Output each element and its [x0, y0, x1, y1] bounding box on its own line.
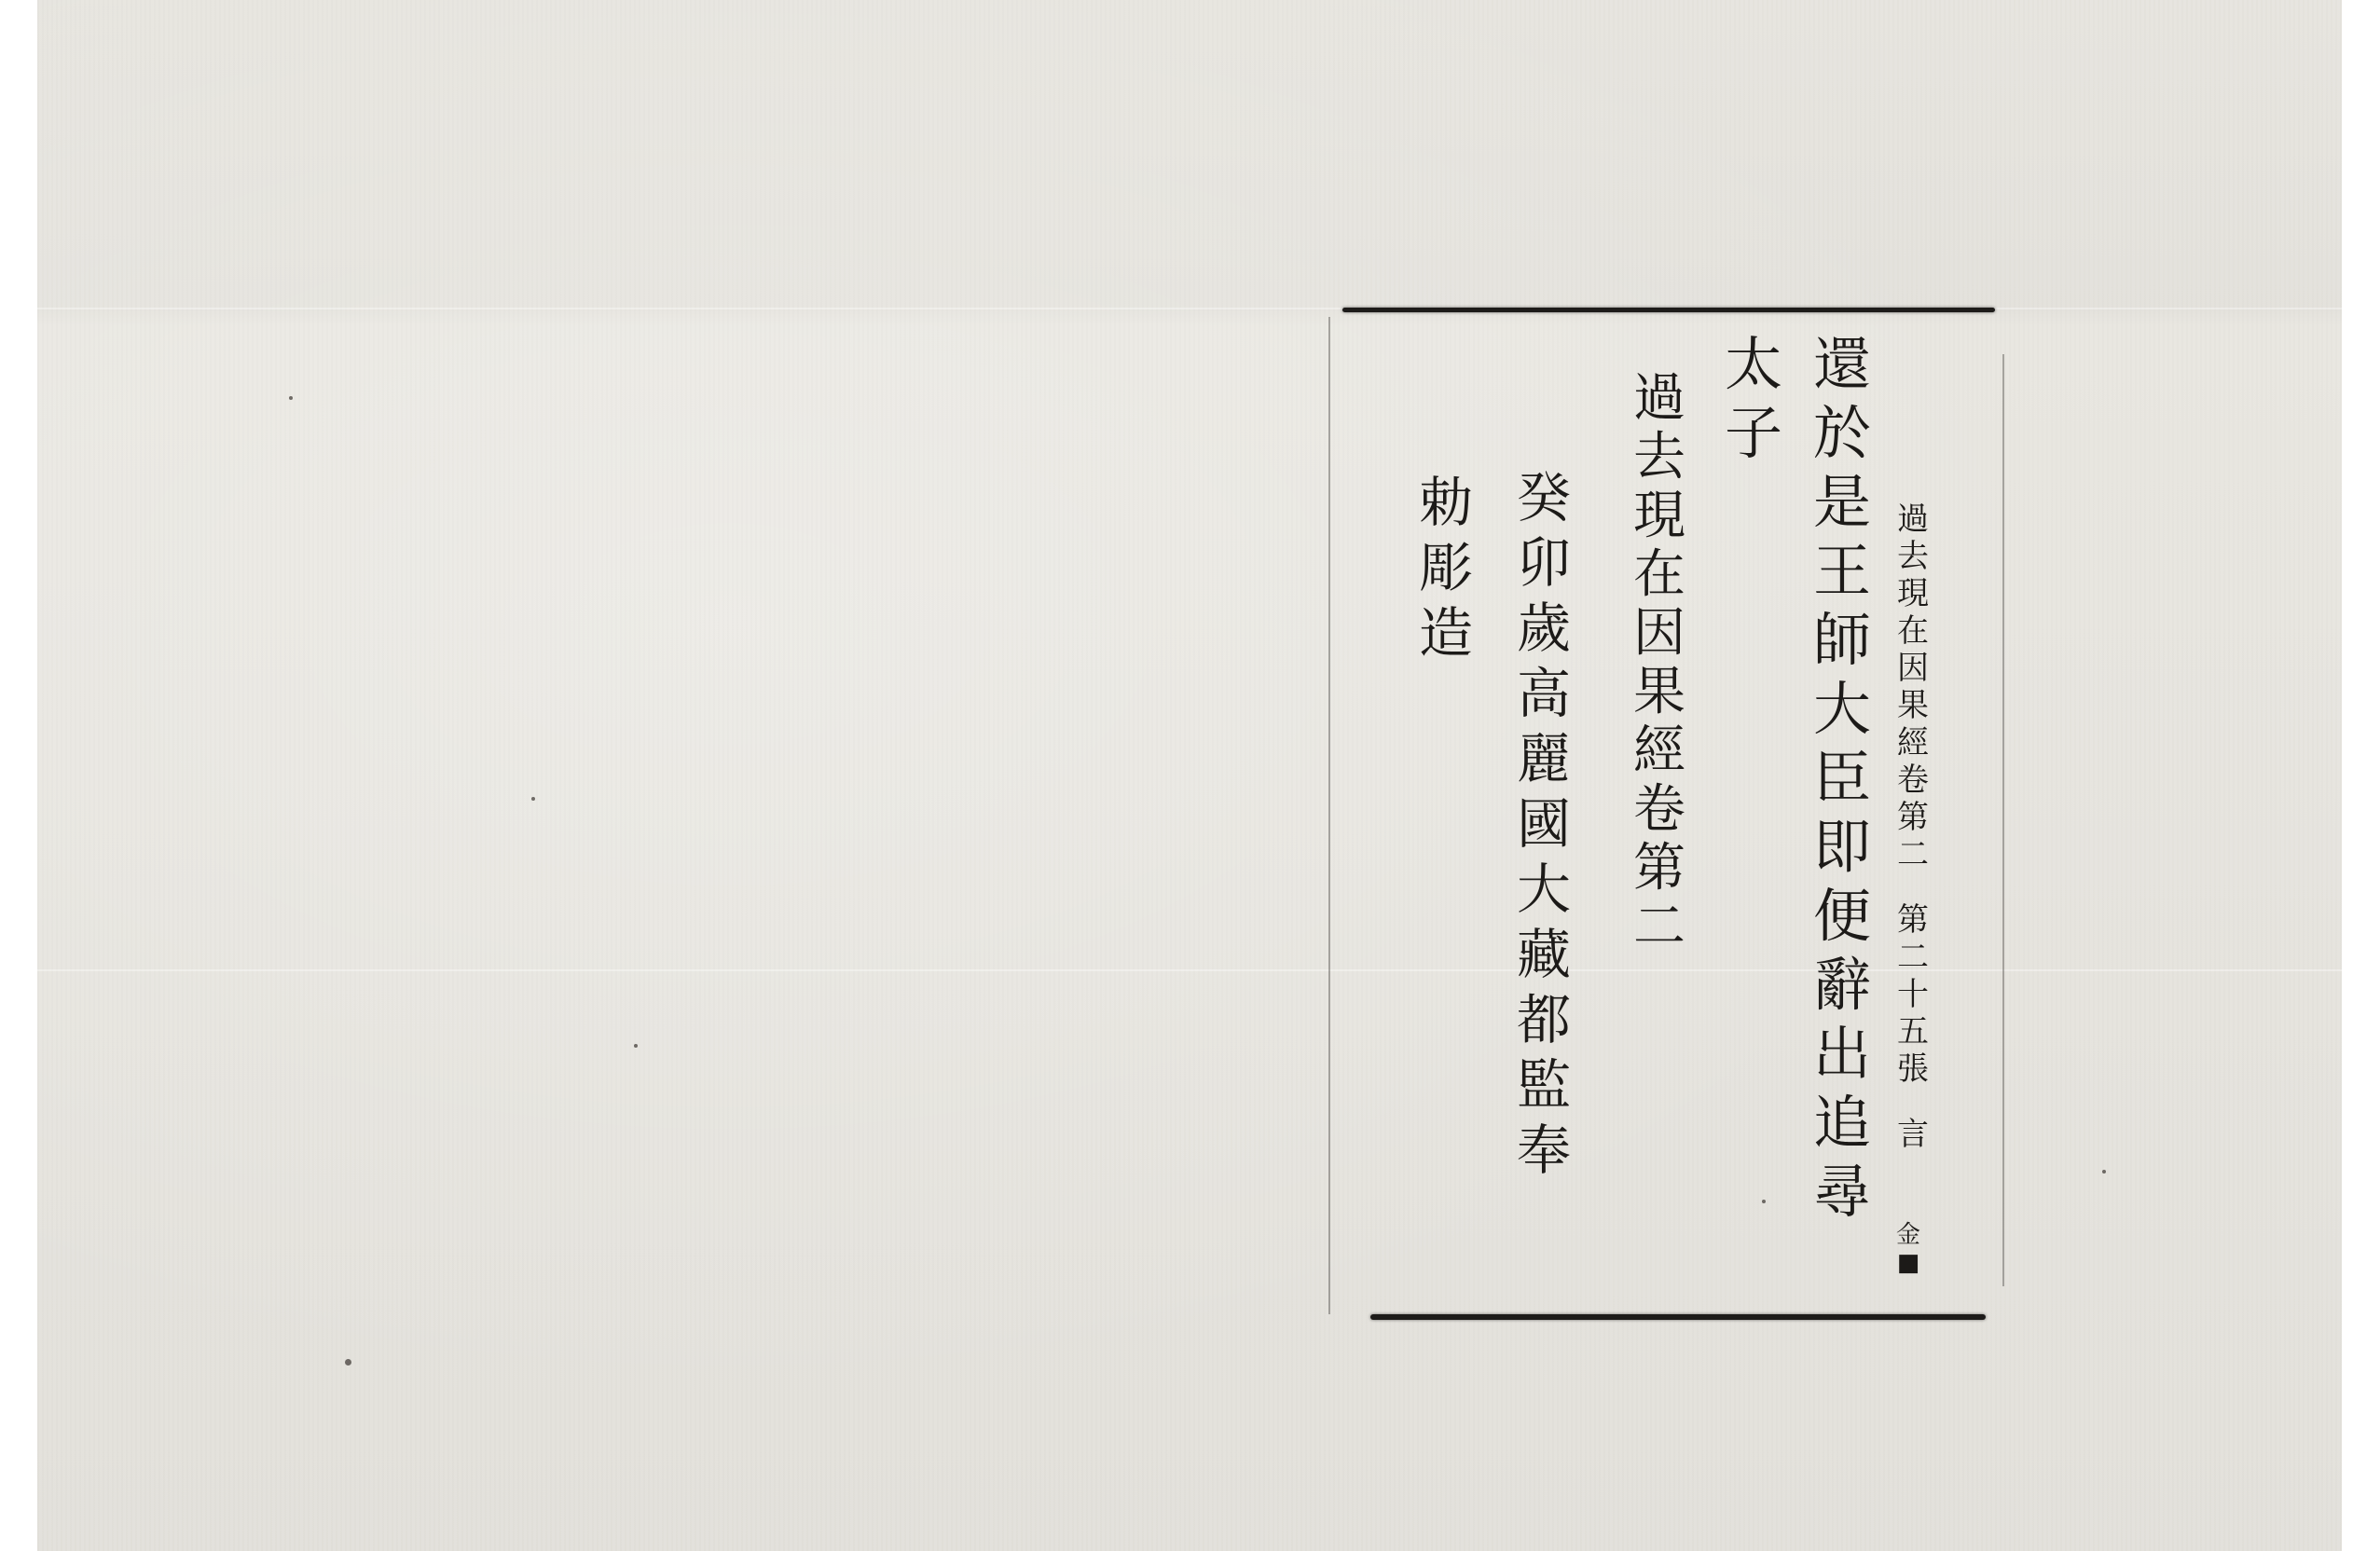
colophon-column-1: 癸 卯 歲 高 麗 國 大 藏 都 監 奉 [1510, 471, 1577, 1188]
glyph: 五 [1897, 1016, 1929, 1053]
glyph: 十 [1897, 979, 1929, 1016]
glyph: 尋 [1813, 1163, 1871, 1232]
paper-page [37, 0, 2342, 1551]
glyph: 辭 [1813, 956, 1871, 1025]
margin-note-column: 過 去 現 在 因 果 經 卷 第 二 第 二 十 五 張 言 [1892, 503, 1933, 1156]
glyph: 二 [1897, 941, 1929, 979]
text-column-2: 太 子 [1720, 336, 1787, 474]
frame-top-border [1342, 308, 1995, 312]
frame-bottom-border [1370, 1314, 1986, 1320]
glyph: 都 [1517, 993, 1571, 1058]
glyph: 在 [1897, 615, 1929, 652]
glyph: 國 [1517, 797, 1571, 862]
glyph: 追 [1813, 1094, 1871, 1163]
glyph: 金 [1896, 1221, 1920, 1249]
glyph: 大 [1517, 862, 1571, 927]
glyph: 二 [1897, 839, 1929, 876]
glyph: 奉 [1517, 1123, 1571, 1188]
glyph: 經 [1897, 727, 1929, 764]
glyph: 現 [1633, 490, 1685, 549]
glyph: 麗 [1517, 732, 1571, 797]
glyph: 造 [1419, 606, 1473, 671]
glyph: ■ [1897, 1249, 1920, 1277]
glyph: 出 [1813, 1025, 1871, 1094]
glyph: 子 [1725, 405, 1782, 474]
glyph: 卷 [1897, 764, 1929, 802]
glyph: 過 [1633, 373, 1685, 432]
paper-speck [289, 396, 293, 400]
glyph: 彫 [1419, 541, 1473, 606]
glyph: 張 [1897, 1053, 1929, 1091]
carver-mark: 金 ■ [1892, 1221, 1924, 1277]
glyph: 去 [1633, 432, 1685, 490]
glyph: 於 [1813, 405, 1871, 474]
glyph: 癸 [1517, 471, 1571, 536]
sutra-title-column: 過 去 現 在 因 果 經 卷 第 二 [1627, 373, 1692, 960]
glyph: 第 [1897, 904, 1929, 941]
glyph: 監 [1517, 1058, 1571, 1123]
glyph: 太 [1725, 336, 1782, 405]
glyph: 即 [1813, 818, 1871, 887]
glyph: 經 [1633, 725, 1685, 784]
colophon-column-2: 勅 彫 造 [1412, 475, 1479, 671]
glyph: 過 [1897, 503, 1929, 541]
glyph: 第 [1897, 802, 1929, 839]
frame-left-border [1328, 317, 1330, 1314]
glyph: 卯 [1517, 536, 1571, 601]
text-column-1: 還 於 是 王 師 大 臣 即 便 辭 出 追 尋 [1809, 336, 1876, 1232]
glyph: 果 [1633, 666, 1685, 725]
glyph: 便 [1813, 887, 1871, 956]
paper-fold-line [37, 308, 2342, 309]
paper-speck [1762, 1200, 1766, 1203]
glyph: 勅 [1419, 475, 1473, 541]
glyph: 師 [1813, 611, 1871, 680]
glyph: 在 [1633, 549, 1685, 608]
glyph: 因 [1633, 608, 1685, 666]
glyph: 果 [1897, 690, 1929, 727]
glyph: 大 [1813, 680, 1871, 749]
glyph: 高 [1517, 666, 1571, 732]
glyph: 王 [1813, 542, 1871, 611]
paper-speck [345, 1359, 351, 1366]
glyph: 去 [1897, 541, 1929, 578]
glyph: 因 [1897, 652, 1929, 690]
paper-speck [2102, 1170, 2106, 1174]
paper-speck [531, 797, 535, 801]
paper-fold-line [37, 969, 2342, 971]
glyph: 臣 [1813, 749, 1871, 818]
glyph: 第 [1633, 843, 1685, 901]
glyph: 藏 [1517, 927, 1571, 993]
glyph: 二 [1633, 901, 1685, 960]
case-mark: 言 [1897, 1119, 1929, 1156]
frame-right-border [2002, 354, 2004, 1286]
glyph: 還 [1813, 336, 1871, 405]
glyph: 現 [1897, 578, 1929, 615]
glyph: 歲 [1517, 601, 1571, 666]
glyph: 卷 [1633, 784, 1685, 843]
paper-speck [634, 1044, 638, 1048]
glyph: 是 [1813, 474, 1871, 542]
